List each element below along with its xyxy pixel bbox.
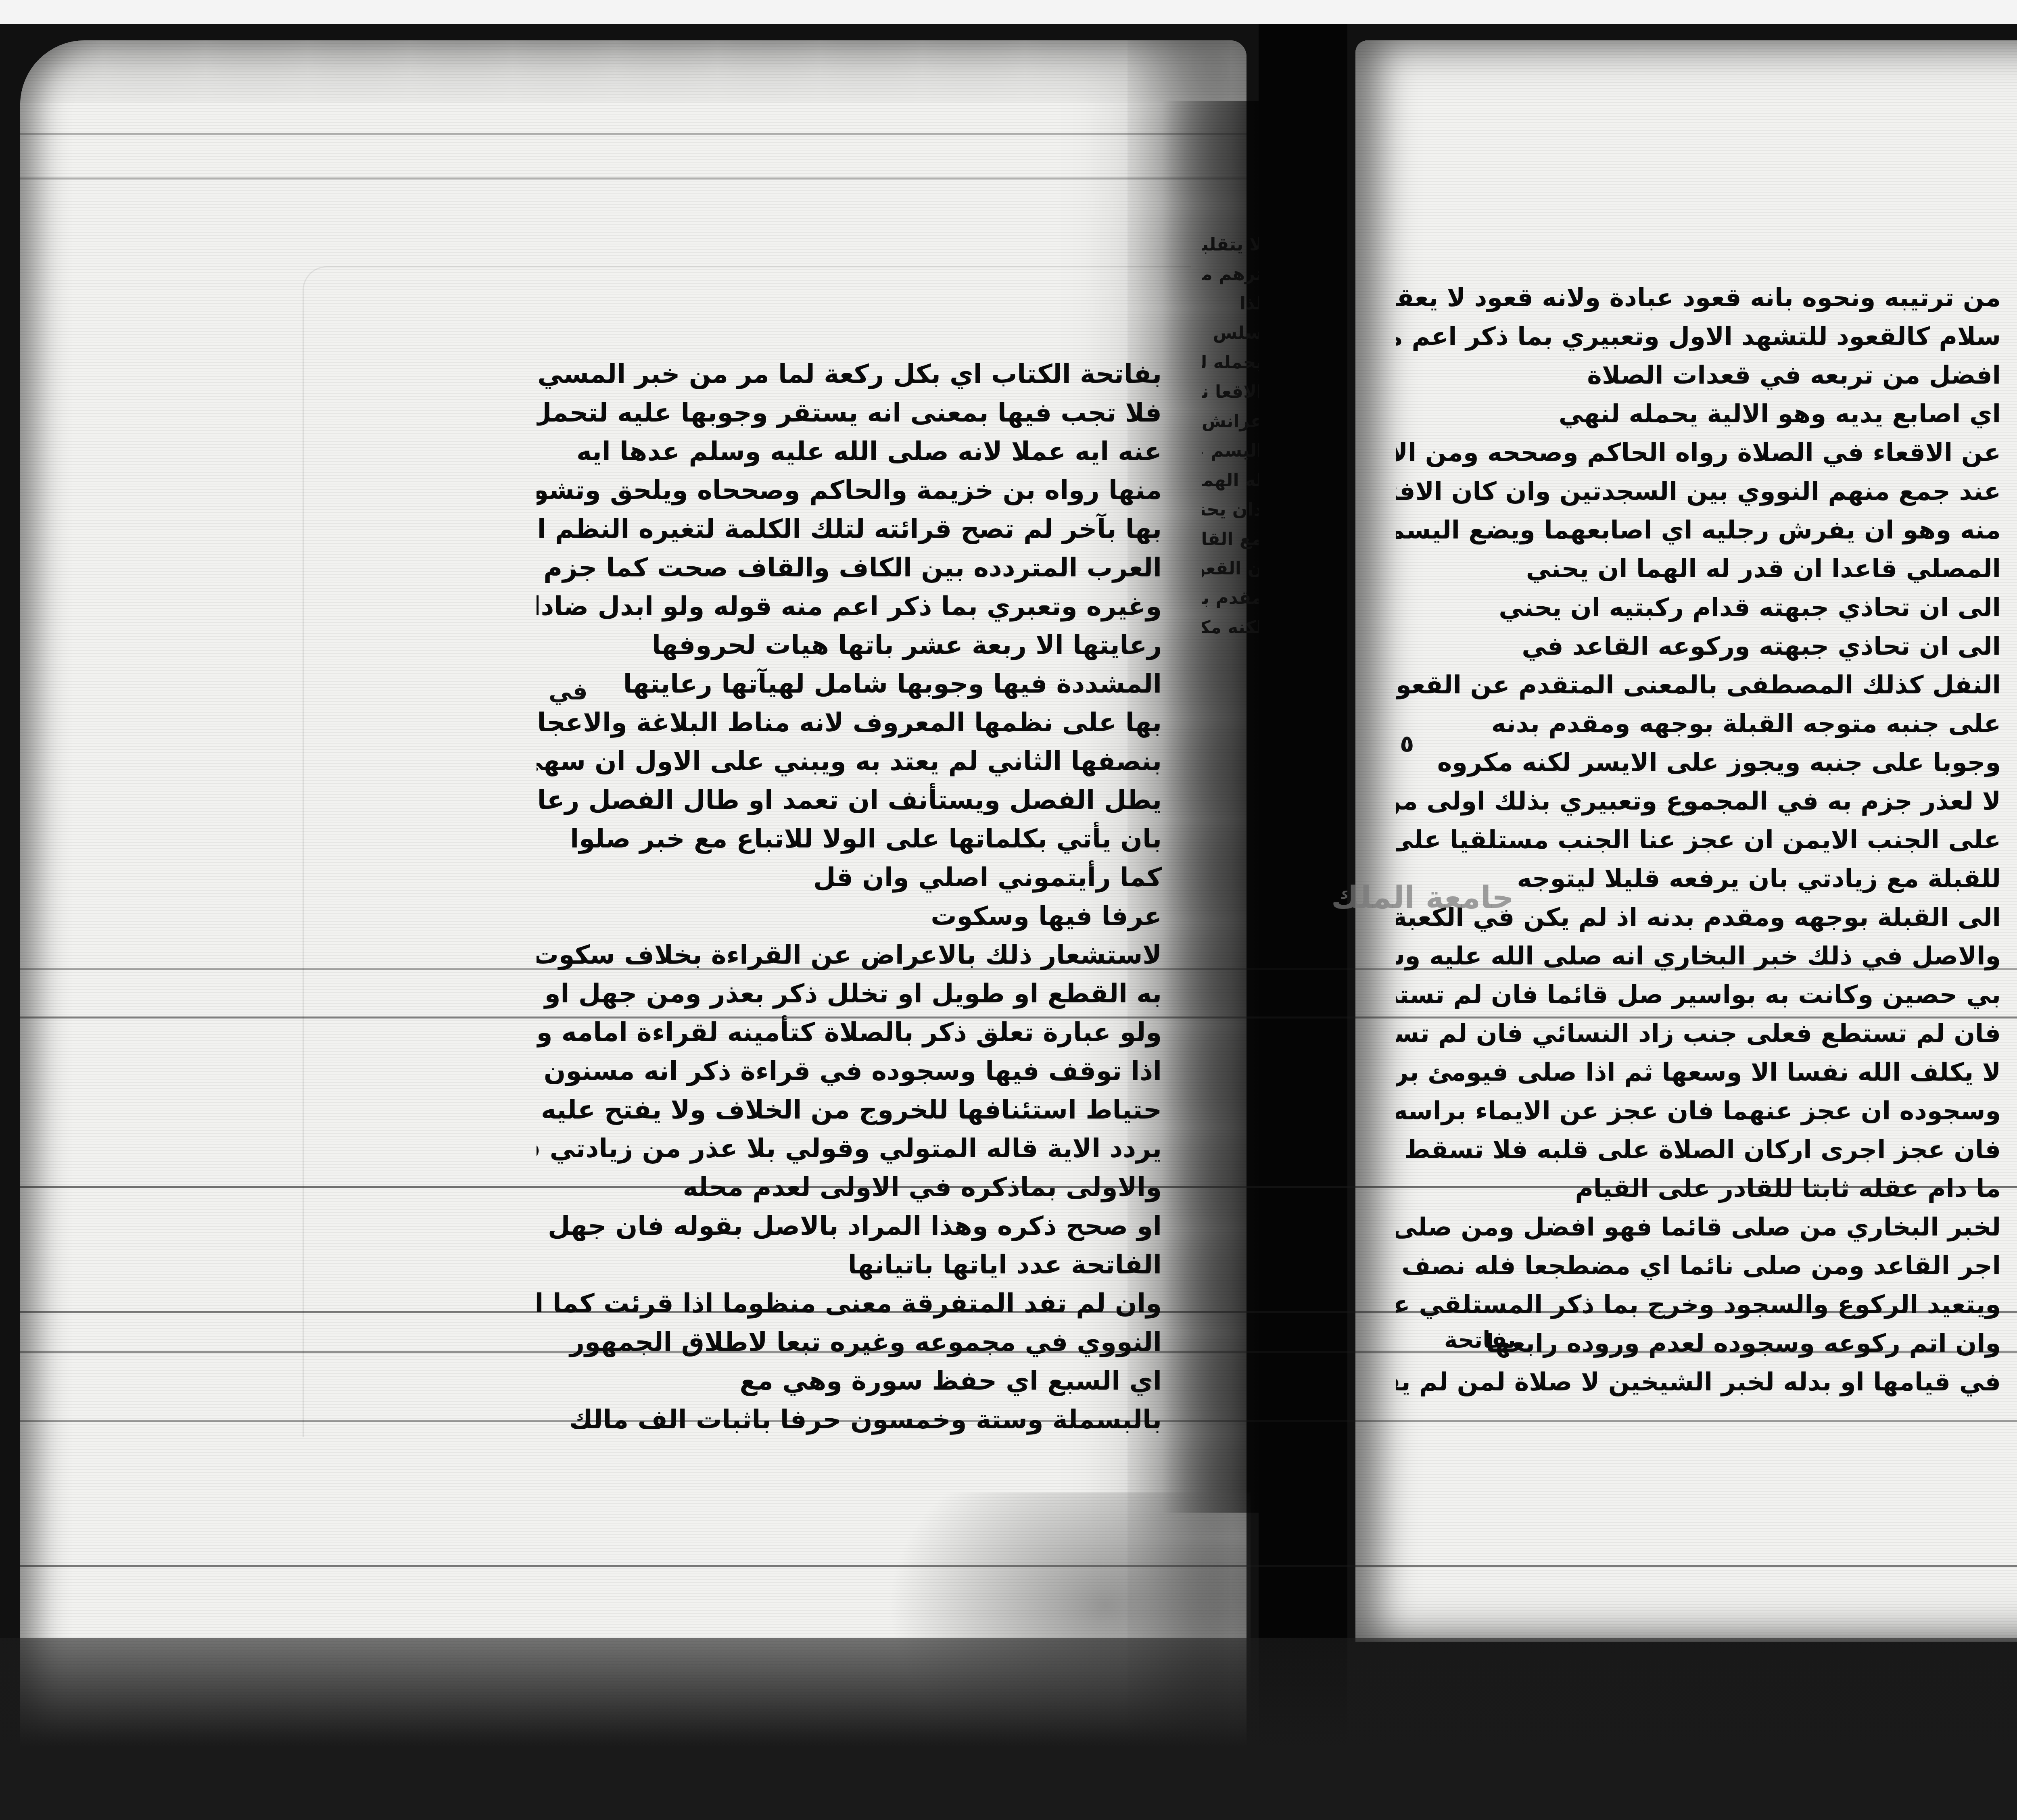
text-line: بالبسملة وستة وخمسون حرفا باثبات الف مال…	[537, 1400, 1162, 1439]
gutter-line: اليسم على عقبيه	[1202, 436, 1263, 465]
text-line: حتياط استئنافها للخروج من الخلاف ولا يفت…	[537, 1091, 1162, 1129]
text-line: لخبر البخاري من صلى قائما فهو افضل ومن ص…	[1396, 1208, 2001, 1246]
text-line: يردد الاية قاله المتولي وقولي بلا عذر من…	[537, 1129, 1162, 1168]
gutter-line: عرانش افضل	[1202, 407, 1263, 436]
text-line: وسجوده ان عجز عنهما فان عجز عن الايماء ب…	[1396, 1092, 2001, 1130]
text-line: النفل كذلك المصطفى بالمعنى المتقدم عن ال…	[1396, 666, 2001, 704]
text-line: منها رواه بن خزيمة والحاكم وصححاه ويلحق …	[537, 471, 1162, 510]
text-line: اجر القاعد ومن صلى نائما اي مضطجعا فله ن…	[1396, 1246, 2001, 1285]
text-line: الفاتحة عدد اياتها باتيانها	[537, 1246, 1162, 1284]
text-line: لاستشعار ذلك بالاعراض عن القراءة بخلاف س…	[537, 936, 1162, 975]
film-scratch-line	[20, 133, 1247, 135]
gutter-line: سلس	[1202, 318, 1263, 348]
text-line: لا يكلف الله نفسا الا وسعها ثم اذا صلى ف…	[1396, 1053, 2001, 1092]
gutter-line: ن القعود له	[1202, 554, 1263, 583]
text-line: وغيره وتعبري بما ذكر اعم منه قوله ولو اب…	[537, 587, 1162, 626]
text-line: فان عجز اجرى اركان الصلاة على قلبه فلا ت…	[1396, 1130, 2001, 1169]
text-line: عرفا فيها وسكوت	[537, 897, 1162, 936]
library-watermark: جامعة الملك	[1331, 879, 1514, 915]
top-light-strip	[0, 0, 2017, 24]
text-line: من ترتيبه ونحوه بانه قعود عبادة ولانه قع…	[1396, 278, 2001, 317]
gutter-line: مع القاعدي	[1202, 524, 1263, 554]
text-line: اي اصابع يديه وهو الالية يحمله لنهي	[1396, 394, 2001, 433]
text-line: عنه ايه عملا لانه صلى الله عليه وسلم عده…	[537, 432, 1162, 471]
right-margin-note: ٥	[1400, 730, 1414, 758]
text-line: على جنبه متوجه القبلة بوجهه ومقدم بدنه	[1396, 704, 2001, 743]
text-line: او صحح ذكره وهذا المراد بالاصل بقوله فان…	[537, 1207, 1162, 1246]
text-line: وجوبا على جنبه ويجوز على الايسر لكنه مكر…	[1396, 743, 2001, 782]
left-page-text: بفاتحة الكتاب اي بكل ركعة لما مر من خبر …	[537, 355, 1162, 1439]
gutter-line: دان يحني	[1202, 495, 1263, 524]
text-line: بها بآخر لم تصح قرائته لتلك الكلمة لتغير…	[537, 510, 1162, 549]
left-margin-note: في	[549, 678, 588, 705]
text-line: وان لم تفد المتفرقة معنى منظوما اذا قرئت…	[537, 1284, 1162, 1323]
text-line: سلام كالقعود للتشهد الاول وتعبيري بما ذك…	[1396, 317, 2001, 356]
book-gutter	[1259, 24, 1347, 1820]
text-line: النووي في مجموعه وغيره تبعا لاطلاق الجمه…	[537, 1323, 1162, 1362]
text-line: اي السبع اي حفظ سورة وهي مع	[537, 1362, 1162, 1400]
gutter-line: لا يتقلبه	[1202, 230, 1263, 259]
text-line: عن الاقعاء في الصلاة رواه الحاكم وصححه و…	[1396, 433, 2001, 472]
text-line: المشددة فيها وجوبها شامل لهيآتها رعايتها	[537, 665, 1162, 703]
text-line: لا لعذر جزم به في المجموع وتعبيري بذلك ا…	[1396, 782, 2001, 820]
gutter-line: مقدم بدنه	[1202, 583, 1263, 613]
text-line: بنصفها الثاني لم يعتد به ويبني على الاول…	[537, 742, 1162, 781]
text-line: بان يأتي بكلماتها على الولا للاتباع مع خ…	[537, 820, 1162, 858]
text-line: الى ان تحاذي جبهته قدام ركبتيه ان يحني	[1396, 588, 2001, 627]
gutter-line: لكنه مكروه	[1202, 613, 1263, 642]
text-line: بفاتحة الكتاب اي بكل ركعة لما مر من خبر …	[537, 355, 1162, 394]
text-line: ولو عبارة تعلق ذكر بالصلاة كتأمينه لقراء…	[537, 1013, 1162, 1052]
text-line: بي حصين وكانت به بواسير صل قائما فان لم …	[1396, 975, 2001, 1014]
text-line: فلا تجب فيها بمعنى انه يستقر وجوبها عليه…	[537, 394, 1162, 432]
catchword: بفاتحة	[1444, 1327, 1516, 1353]
text-line: رعايتها الا ربعة عشر باتها هيات لحروفها	[537, 626, 1162, 665]
text-line: العرب المتردده بين الكاف والقاف صحت كما …	[537, 549, 1162, 587]
text-line: فان لم تستطع فعلى جنب زاد النسائي فان لم…	[1396, 1014, 2001, 1053]
text-line: ما دام عقله ثابتا للقادر على القيام	[1396, 1169, 2001, 1208]
gutter-line: ترهم مشروعه	[1202, 259, 1263, 289]
text-line: بها على نظمها المعروف لانه مناط البلاغة …	[537, 703, 1162, 742]
right-page-text: من ترتيبه ونحوه بانه قعود عبادة ولانه قع…	[1396, 278, 2001, 1401]
text-line: اذا توقف فيها وسجوده في قراءة ذكر انه مس…	[537, 1052, 1162, 1091]
text-line: كما رأيتموني اصلي وان قل	[537, 858, 1162, 897]
text-line: ويتعيد الركوع والسجود وخرج بما ذكر المست…	[1396, 1285, 2001, 1324]
gutter-line: له الهما ان يحني	[1202, 465, 1263, 495]
text-line: يطل الفصل ويستأنف ان تعمد او طال الفصل ر…	[537, 781, 1162, 820]
gutter-text-fragment: لا يتقلبه ترهم مشروعه لذا سلس يحمله لنهي…	[1202, 230, 1263, 642]
text-line: عند جمع منهم النووي بين السجدتين وان كان…	[1396, 472, 2001, 511]
text-line: افضل من تربعه في قعدات الصلاة	[1396, 356, 2001, 394]
bottom-film-shadow	[0, 1638, 2017, 1820]
gutter-line: لذا	[1202, 289, 1263, 318]
gutter-line: يحمله لنهي	[1202, 348, 1263, 377]
gutter-line: الاقعا نوع مسنون	[1202, 377, 1263, 407]
text-line: منه وهو ان يفرش رجليه اي اصابعهما ويضع ا…	[1396, 511, 2001, 549]
film-scratch-line	[20, 177, 1247, 179]
text-line: والاولى بماذكره في الاولى لعدم محله	[537, 1168, 1162, 1207]
text-line: المصلي قاعدا ان قدر له الهما ان يحني	[1396, 549, 2001, 588]
text-line: على الجنب الايمن ان عجز عنا الجنب مستلقي…	[1396, 820, 2001, 859]
text-line: في قيامها او بدله لخبر الشيخين لا صلاة ل…	[1396, 1363, 2001, 1401]
text-line: به القطع او طويل او تخلل ذكر بعذر ومن جه…	[537, 975, 1162, 1013]
text-line: الى ان تحاذي جبهته وركوعه القاعد في	[1396, 627, 2001, 666]
text-line: والاصل في ذلك خبر البخاري انه صلى الله ع…	[1396, 937, 2001, 975]
